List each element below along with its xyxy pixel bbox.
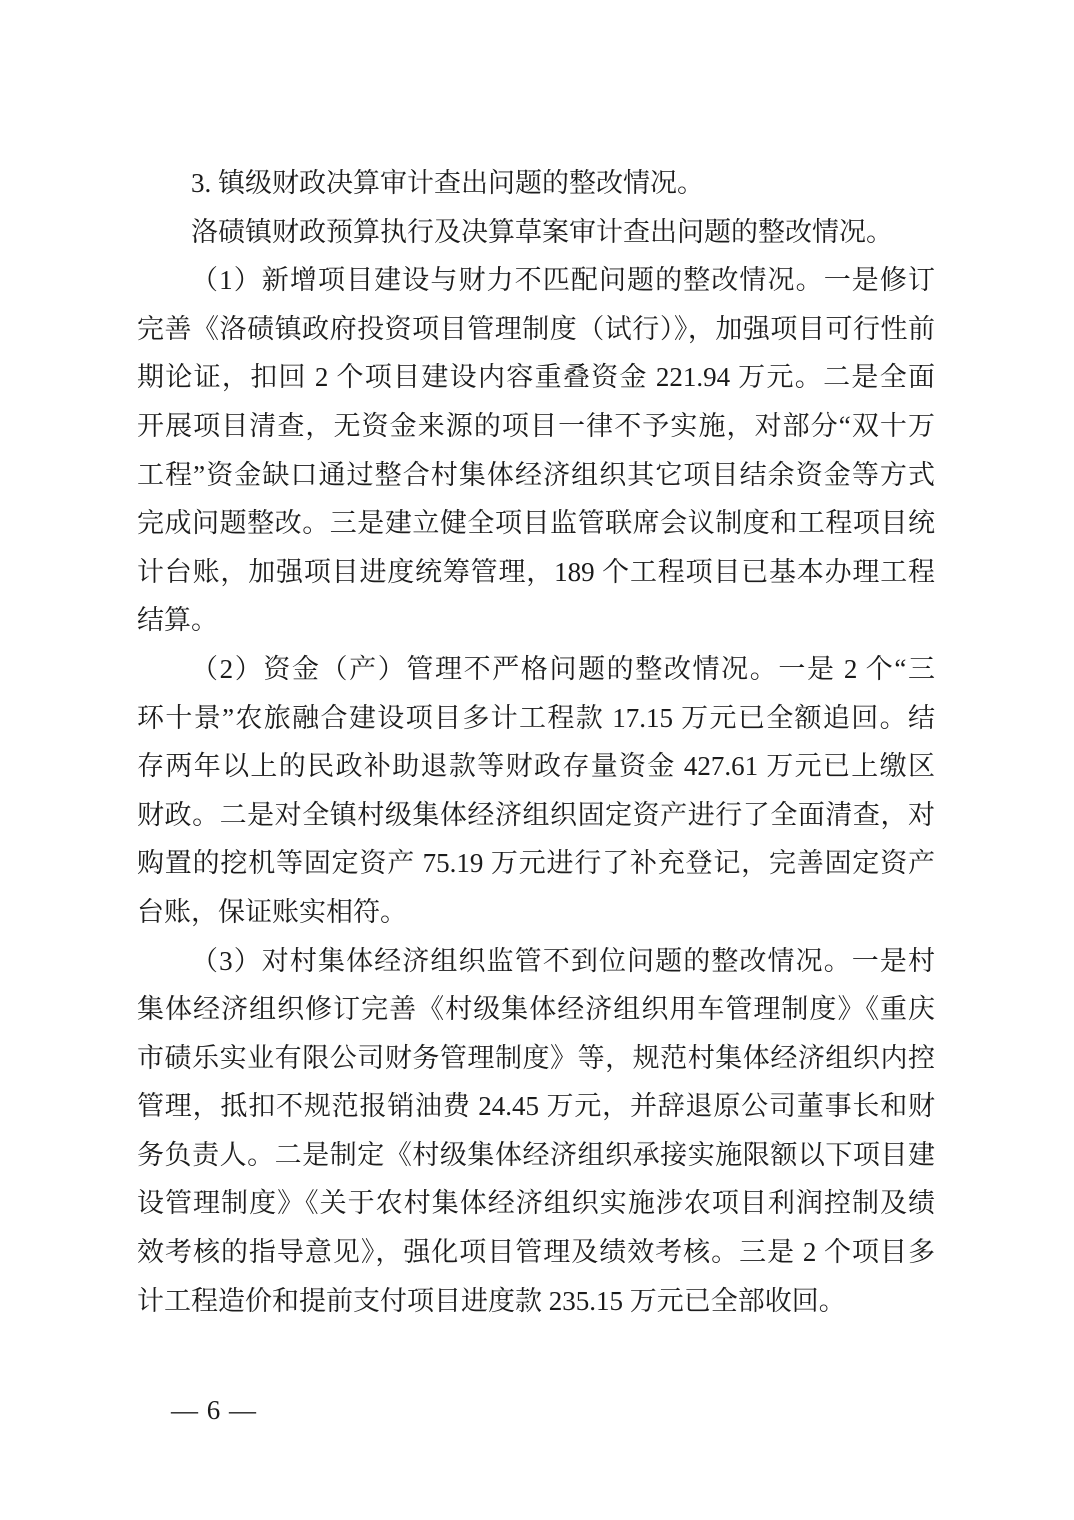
text-line: 完善《洛碛镇政府投资项目管理制度（试行）》，加强项目可行性前 — [137, 305, 935, 354]
text-line: （1）新增项目建设与财力不匹配问题的整改情况。一是修订 — [137, 256, 935, 305]
document-body: 3. 镇级财政决算审计查出问题的整改情况。洛碛镇财政预算执行及决算草案审计查出问… — [137, 159, 935, 1325]
text-line: 3. 镇级财政决算审计查出问题的整改情况。 — [137, 159, 935, 208]
text-line: 设管理制度》《关于农村集体经济组织实施涉农项目利润控制及绩 — [137, 1179, 935, 1228]
text-line: （2）资金（产）管理不严格问题的整改情况。一是 2 个“三 — [137, 645, 935, 694]
text-line: 完成问题整改。三是建立健全项目监管联席会议制度和工程项目统 — [137, 499, 935, 548]
text-line: 管理，抵扣不规范报销油费 24.45 万元，并辞退原公司董事长和财 — [137, 1082, 935, 1131]
text-line: 计工程造价和提前支付项目进度款 235.15 万元已全部收回。 — [137, 1277, 935, 1326]
text-line: 环十景”农旅融合建设项目多计工程款 17.15 万元已全额追回。结 — [137, 694, 935, 743]
text-line: 市碛乐实业有限公司财务管理制度》等，规范村集体经济组织内控 — [137, 1034, 935, 1083]
text-line: 购置的挖机等固定资产 75.19 万元进行了补充登记，完善固定资产 — [137, 839, 935, 888]
text-line: 计台账，加强项目进度统筹管理，189 个工程项目已基本办理工程 — [137, 548, 935, 597]
text-line: 工程”资金缺口通过整合村集体经济组织其它项目结余资金等方式 — [137, 451, 935, 500]
text-line: 开展项目清查，无资金来源的项目一律不予实施，对部分“双十万 — [137, 402, 935, 451]
document-page: 3. 镇级财政决算审计查出问题的整改情况。洛碛镇财政预算执行及决算草案审计查出问… — [0, 0, 1074, 1520]
text-line: 台账，保证账实相符。 — [137, 888, 935, 937]
page-number: — 6 — — [171, 1392, 257, 1428]
text-line: 集体经济组织修订完善《村级集体经济组织用车管理制度》《重庆 — [137, 985, 935, 1034]
text-line: 存两年以上的民政补助退款等财政存量资金 427.61 万元已上缴区 — [137, 742, 935, 791]
text-line: 结算。 — [137, 596, 935, 645]
text-line: 期论证，扣回 2 个项目建设内容重叠资金 221.94 万元。二是全面 — [137, 353, 935, 402]
text-line: 洛碛镇财政预算执行及决算草案审计查出问题的整改情况。 — [137, 208, 935, 257]
text-line: 务负责人。二是制定《村级集体经济组织承接实施限额以下项目建 — [137, 1131, 935, 1180]
text-line: （3）对村集体经济组织监管不到位问题的整改情况。一是村 — [137, 937, 935, 986]
text-line: 财政。二是对全镇村级集体经济组织固定资产进行了全面清查，对 — [137, 791, 935, 840]
text-line: 效考核的指导意见》，强化项目管理及绩效考核。三是 2 个项目多 — [137, 1228, 935, 1277]
